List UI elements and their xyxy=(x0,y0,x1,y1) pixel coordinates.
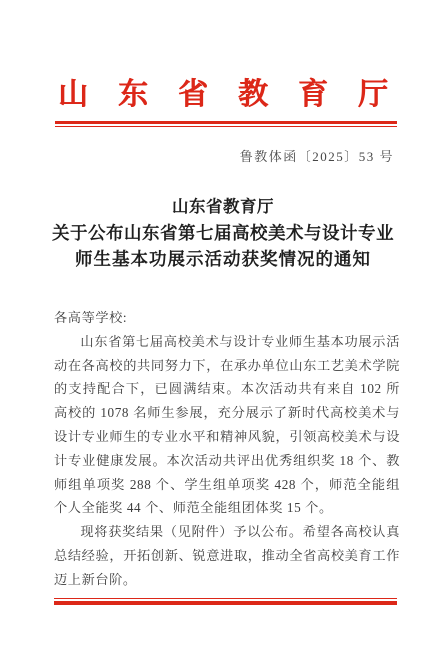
document-reference-number: 鲁教体函〔2025〕53 号 xyxy=(240,146,394,165)
salutation: 各高等学校: xyxy=(54,306,400,330)
official-document-page: 山东省教育厅 鲁教体函〔2025〕53 号 山东省教育厅 关于公布山东省第七届高… xyxy=(0,0,446,659)
document-title-line1: 山东省教育厅 xyxy=(0,194,446,220)
document-title: 山东省教育厅 关于公布山东省第七届高校美术与设计专业 师生基本功展示活动获奖情况… xyxy=(0,194,446,272)
body-paragraph-2: 现将获奖结果（见附件）予以公布。希望各高校认真总结经验，开拓创新、锐意进取，推动… xyxy=(54,520,400,591)
letterhead-rule-thin xyxy=(55,126,397,127)
letterhead-rule-thick xyxy=(55,121,397,124)
document-body: 各高等学校: 山东省第七届高校美术与设计专业师生基本功展示活动在各高校的共同努力… xyxy=(54,306,400,592)
letterhead-agency-name-text: 山东省教育厅 xyxy=(58,78,418,111)
footer-rule-thin xyxy=(54,598,397,599)
document-title-line3: 师生基本功展示活动获奖情况的通知 xyxy=(0,246,446,272)
document-title-line2: 关于公布山东省第七届高校美术与设计专业 xyxy=(0,220,446,246)
footer-rule-thick xyxy=(54,601,397,605)
body-paragraph-1: 山东省第七届高校美术与设计专业师生基本功展示活动在各高校的共同努力下，在承办单位… xyxy=(54,330,400,520)
letterhead-agency-name: 山东省教育厅 xyxy=(0,78,446,112)
